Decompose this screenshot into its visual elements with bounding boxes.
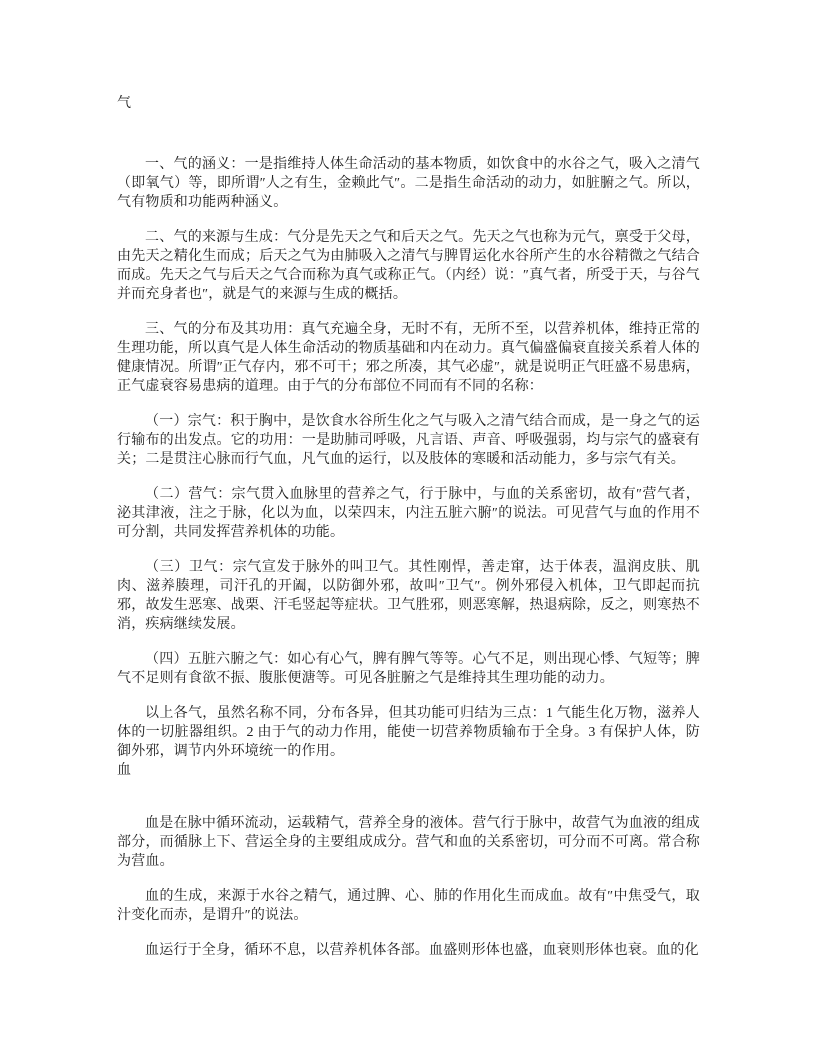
qi-paragraph-zongqi: （一）宗气：积于胸中，是饮食水谷所生化之气与吸入之清气结合而成，是一身之气的运行…	[117, 412, 700, 469]
document-page: 气 一、气的涵义：一是指维持人体生命活动的基本物质，如饮食中的水谷之气，吸入之清…	[0, 0, 816, 1056]
section-title-qi: 气	[117, 94, 700, 113]
xue-paragraph-definition: 血是在脉中循环流动，运载精气，营养全身的液体。营气行于脉中，故营气为血液的组成部…	[117, 814, 700, 871]
xue-paragraph-circulation: 血运行于全身，循环不息，以营养机体各部。血盛则形体也盛，血衰则形体也衰。血的化	[117, 941, 700, 960]
qi-paragraph-yingqi: （二）营气：宗气贯入血脉里的营养之气，行于脉中，与血的关系密切，故有″营气者，泌…	[117, 485, 700, 542]
qi-paragraph-meaning: 一、气的涵义：一是指维持人体生命活动的基本物质，如饮食中的水谷之气，吸入之清气（…	[117, 155, 700, 212]
qi-paragraph-distribution: 三、气的分布及其功用：真气充遍全身，无时不有，无所不至，以营养机体，维持正常的生…	[117, 320, 700, 396]
qi-paragraph-summary: 以上各气，虽然名称不同，分布各异，但其功能可归结为三点：1 气能生化万物，滋养人…	[117, 704, 700, 761]
xue-paragraph-generation: 血的生成，来源于水谷之精气，通过脾、心、肺的作用化生而成血。故有″中焦受气，取汁…	[117, 887, 700, 925]
qi-paragraph-zangfu: （四）五脏六腑之气：如心有心气，脾有脾气等等。心气不足，则出现心悸、气短等；脾气…	[117, 650, 700, 688]
qi-paragraph-origin: 二、气的来源与生成：气分是先天之气和后天之气。先天之气也称为元气，禀受于父母，由…	[117, 228, 700, 304]
section-title-xue: 血	[117, 761, 700, 780]
qi-paragraph-weiqi: （三）卫气：宗气宣发于脉外的叫卫气。其性刚悍，善走窜，达于体表，温润皮肤、肌肉、…	[117, 558, 700, 634]
